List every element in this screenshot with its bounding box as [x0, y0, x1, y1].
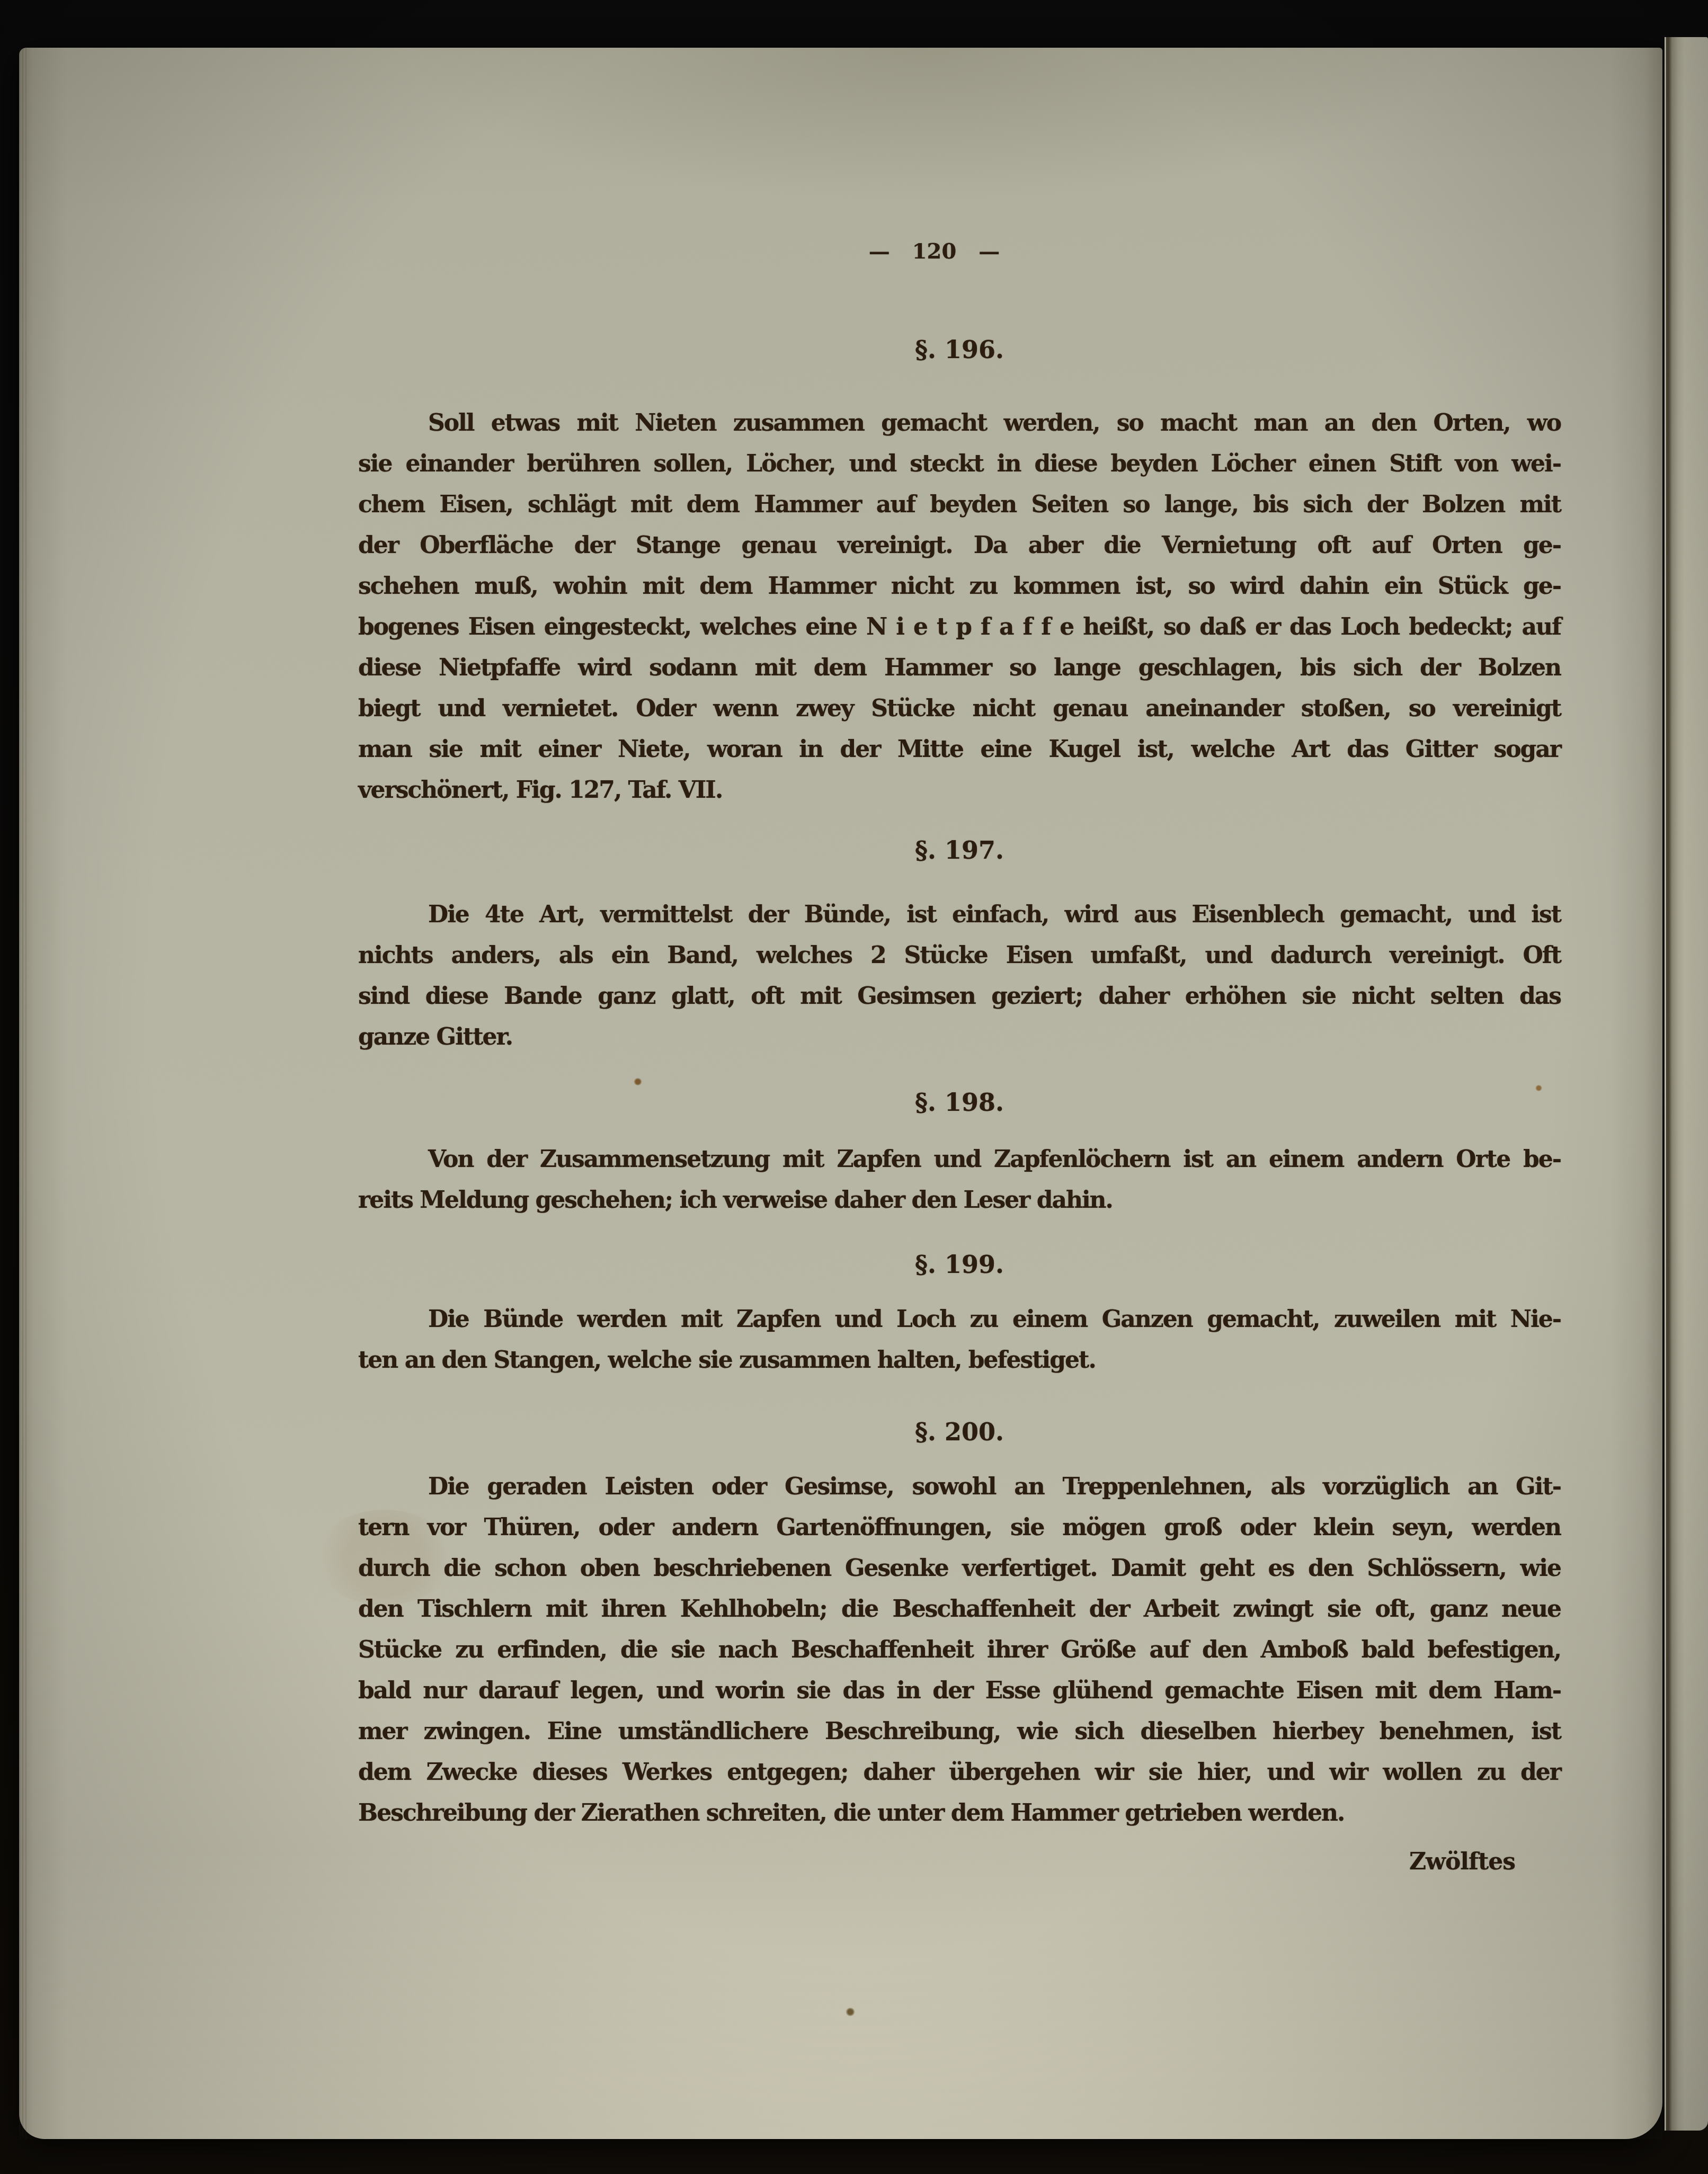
text-line: den Tischlern mit ihren Kehlhobeln; die …	[358, 1589, 1561, 1629]
text-line: Soll etwas mit Nieten zusammen gemacht w…	[358, 403, 1561, 443]
text-line: tern vor Thüren, oder andern Gartenöffnu…	[358, 1507, 1561, 1548]
text-line: diese Nietpfaffe wird sodann mit dem Ham…	[358, 647, 1561, 688]
text-line: nichts anders, als ein Band, welches 2 S…	[358, 935, 1561, 976]
text-line: Die 4te Art, vermittelst der Bünde, ist …	[358, 894, 1561, 935]
text-line: Von der Zusammensetzung mit Zapfen und Z…	[358, 1139, 1561, 1180]
text-line: der Oberfläche der Stange genau vereinig…	[358, 525, 1561, 566]
text-line: bald nur darauf legen, und worin sie das…	[358, 1670, 1561, 1711]
scan-canvas: — 120 — §. 196. Soll etwas mit Nieten zu…	[0, 0, 1708, 2174]
text-line: bogenes Eisen eingesteckt, welches eine …	[358, 607, 1561, 647]
text-line: sie einander berühren sollen, Löcher, un…	[358, 443, 1561, 484]
text-line: dem Zwecke dieses Werkes entgegen; daher…	[358, 1752, 1561, 1793]
section-heading-199: §. 199.	[358, 1246, 1561, 1283]
text-line: man sie mit einer Niete, woran in der Mi…	[358, 729, 1561, 770]
catchword: Zwölftes	[358, 1841, 1515, 1882]
text-line: chem Eisen, schlägt mit dem Hammer auf b…	[358, 484, 1561, 525]
section-heading-198: §. 198.	[358, 1084, 1561, 1121]
section-heading-200: §. 200.	[358, 1413, 1561, 1450]
text-line: durch die schon oben beschriebenen Gesen…	[358, 1548, 1561, 1589]
text-line: Stücke zu erfinden, die sie nach Beschaf…	[358, 1629, 1561, 1670]
text-line: Die geraden Leisten oder Gesimse, sowohl…	[358, 1466, 1561, 1507]
text-line: mer zwingen. Eine umständlichere Beschre…	[358, 1711, 1561, 1752]
page-number-header: — 120 —	[358, 233, 1510, 270]
text-line: schehen muß, wohin mit dem Hammer nicht …	[358, 566, 1561, 607]
section-heading-197: §. 197.	[358, 832, 1561, 869]
printed-text-layer: — 120 — §. 196. Soll etwas mit Nieten zu…	[0, 0, 1708, 2174]
text-line: sind diese Bande ganz glatt, oft mit Ges…	[358, 976, 1561, 1017]
text-line: biegt und vernietet. Oder wenn zwey Stüc…	[358, 688, 1561, 729]
text-line: ganze Gitter.	[358, 1017, 1561, 1057]
text-line: Beschreibung der Zierathen schreiten, di…	[358, 1793, 1561, 1833]
text-line: Die Bünde werden mit Zapfen und Loch zu …	[358, 1299, 1561, 1340]
text-line: ten an den Stangen, welche sie zusammen …	[358, 1340, 1561, 1380]
text-line: verschönert, Fig. 127, Taf. VII.	[358, 770, 1561, 810]
text-line: reits Meldung geschehen; ich verweise da…	[358, 1180, 1561, 1220]
section-heading-196: §. 196.	[358, 331, 1561, 368]
